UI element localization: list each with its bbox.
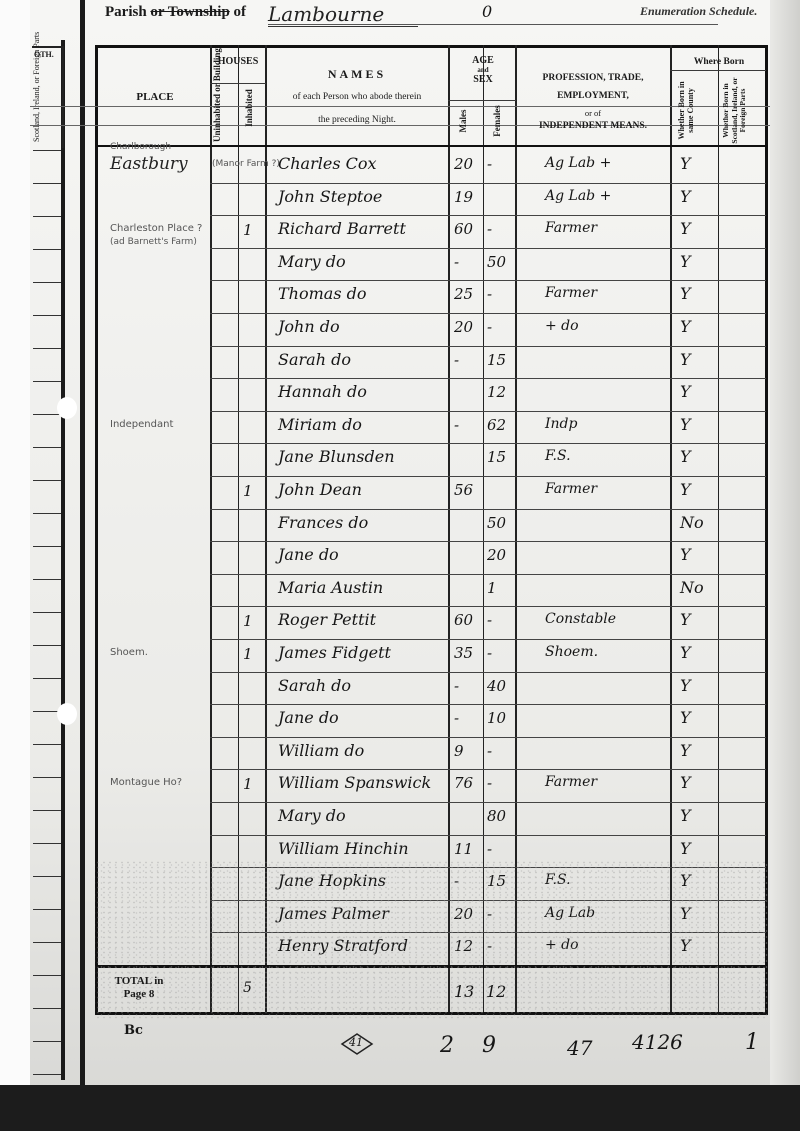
header-profession-3: or of [517,108,669,118]
profession-cell: Constable [545,611,616,627]
name-cell: Jane Blunsden [278,447,395,466]
name-cell: James Fidgett [278,643,391,662]
profession-cell: Farmer [545,220,597,236]
born-county-cell: Y [680,447,691,466]
tally-1: 2 [440,1033,454,1058]
born-county-cell: Y [680,252,691,271]
punch-hole [57,703,77,725]
top-mark: 0 [482,2,492,21]
header-place: PLACE [100,92,210,104]
footer-mark: Bc [124,1023,143,1038]
prev-row-rule [33,1008,61,1009]
born-county-cell: Y [680,839,691,858]
parish-prefix: Parish [105,4,150,20]
prev-row-rule [33,1041,61,1042]
profession-cell: Ag Lab + [545,188,611,204]
born-county-cell: Y [680,643,691,662]
header-profession-2: EMPLOYMENT, [517,92,669,102]
scan-noise [95,860,768,1020]
females-cell: 15 [487,351,506,369]
name-cell: Thomas do [278,284,367,303]
females-cell: 40 [487,677,506,695]
males-cell: 60 [454,611,473,629]
table-row: Charleston Place ?(ad Barnett's Farm)1Ri… [0,215,800,248]
name-cell: Mary do [278,806,346,825]
females-cell: 80 [487,807,506,825]
header-males: Males [458,99,468,143]
table-row: Shoem.1James Fidgett35-Shoem.Y [0,639,800,672]
table-row: John do20-+ doY [0,313,800,346]
table-row: Maria Austin1No [0,574,800,607]
born-county-cell: Y [680,382,691,401]
profession-cell: Farmer [545,285,597,301]
table-row: Jane do20Y [0,541,800,574]
place-cell: Shoem. [110,647,148,658]
profession-cell: Shoem. [545,644,598,660]
inhabited-cell: 1 [243,612,253,630]
header-same-county: Whether Born in same County [677,73,695,148]
males-cell: - [454,677,459,695]
born-county-cell: Y [680,187,691,206]
table-row: IndependantMiriam do-62IndpY [0,411,800,444]
females-cell: 15 [487,448,506,466]
born-county-cell: Y [680,219,691,238]
males-cell: - [454,416,459,434]
place-note: (ad Barnett's Farm) [110,237,197,247]
table-row: William do9-Y [0,737,800,770]
table-row: Hannah do12Y [0,378,800,411]
punch-hole [57,397,77,419]
tally-5: 1 [745,1030,759,1055]
parish-struck: or Township [150,4,229,20]
name-cell: Sarah do [278,676,351,695]
header-scotland: Whether Born in Scotland, Ireland, or Fo… [722,73,748,148]
total-males: 13 [454,982,474,1001]
profession-cell: Farmer [545,774,597,790]
table-row: Sarah do-40Y [0,672,800,705]
born-county-cell: Y [680,545,691,564]
born-county-cell: Y [680,154,691,173]
females-cell: - [487,220,492,238]
inhabited-cell: 1 [243,482,253,500]
profession-cell: Ag Lab + [545,155,611,171]
born-county-cell: Y [680,284,691,303]
total-label-line1: TOTAL in [104,975,174,988]
table-row: Mary do-50Y [0,248,800,281]
males-cell: 25 [454,285,473,303]
name-cell: Charles Cox [278,154,377,173]
name-cell: John Steptoe [278,187,382,206]
born-county-cell: Y [680,773,691,792]
place-cell: Independant [110,419,173,430]
table-row: Montague Ho?1William Spanswick76-FarmerY [0,769,800,802]
table-row: 1Roger Pettit60-ConstableY [0,606,800,639]
females-cell: - [487,742,492,760]
females-cell: 1 [487,579,497,597]
born-county-cell: Y [680,415,691,434]
males-cell: 19 [454,188,473,206]
place-cell: Charleston Place ? [110,223,202,234]
tally-4: 4126 [632,1030,683,1054]
parish-label: Parish or Township of [105,4,246,21]
header-profession-1: PROFESSION, TRADE, [517,74,669,84]
females-cell: 50 [487,253,506,271]
females-cell: - [487,611,492,629]
header-age: AGE [450,56,516,67]
header-names: NAMES [266,68,448,81]
males-cell: 60 [454,220,473,238]
table-row: Thomas do25-FarmerY [0,280,800,313]
born-county-cell: Y [680,480,691,499]
males-cell: 11 [454,840,473,858]
born-county-cell: Y [680,806,691,825]
name-cell: John Dean [278,480,362,499]
header-bottom-rule [95,145,768,147]
header-inhabited: Inhabited [244,74,254,142]
born-county-cell: No [680,513,704,532]
total-inhabited: 5 [243,980,252,996]
table-row: Jane Blunsden15F.S.Y [0,443,800,476]
males-cell: 20 [454,318,473,336]
males-cell: 20 [454,155,473,173]
females-cell: 50 [487,514,506,532]
males-cell: 9 [454,742,464,760]
table-row: (Manor Farm ?)John Steptoe19Ag Lab +Y [0,183,800,216]
born-county-cell: Y [680,317,691,336]
name-cell: Miriam do [278,415,362,434]
tally-3: 47 [567,1036,592,1060]
tally-2: 9 [482,1033,496,1058]
name-cell: William do [278,741,364,760]
females-cell: - [487,285,492,303]
prev-page-header: OTH. Scotland, Ireland, or Foreign Parts [32,46,64,148]
name-cell: Roger Pettit [278,610,376,629]
name-cell: William Hinchin [278,839,409,858]
header-where-born: Where Born [673,58,765,68]
header-divider [670,70,766,71]
prev-row-rule [33,975,61,976]
inhabited-cell: 1 [243,221,253,239]
total-label-line2: Page 8 [104,988,174,1001]
females-cell: 12 [487,383,506,401]
paper-rule [30,106,770,107]
table-row: 1John Dean56FarmerY [0,476,800,509]
parish-underline [268,24,718,25]
females-cell: - [487,318,492,336]
schedule-title: Enumeration Schedule. [640,4,757,19]
profession-cell: + do [545,318,579,334]
born-county-cell: Y [680,741,691,760]
name-cell: Richard Barrett [278,219,406,238]
name-cell: Jane do [278,708,339,727]
born-county-cell: Y [680,676,691,695]
name-cell: Frances do [278,513,368,532]
header-names-sub1: of each Person who abode therein [266,92,448,102]
females-cell: - [487,155,492,173]
males-cell: 76 [454,774,473,792]
table-row: Frances do50No [0,509,800,542]
males-cell: 56 [454,481,473,499]
females-cell: 10 [487,709,506,727]
header-uninhabited: Uninhabited or Building [212,74,222,142]
table-row: EastburyCharlboroughCharles Cox20-Ag Lab… [0,150,800,183]
total-label: TOTAL in Page 8 [104,975,174,1001]
stamp-number: 41 [349,1036,363,1049]
profession-cell: F.S. [545,448,571,464]
header-names-sub2: the preceding Night. [266,115,448,125]
name-cell: Mary do [278,252,346,271]
table-row: Sarah do-15Y [0,346,800,379]
header-sex: SEX [450,75,516,86]
born-county-cell: Y [680,350,691,369]
profession-cell: Indp [545,416,577,432]
males-cell: - [454,351,459,369]
total-females: 12 [486,982,506,1001]
name-cell: Jane do [278,545,339,564]
place-cell: Montague Ho? [110,777,182,788]
parish-suffix: of [230,4,246,20]
place-note: (Manor Farm ?) [212,159,280,169]
females-cell: 62 [487,416,506,434]
males-cell: 35 [454,644,473,662]
born-county-cell: No [680,578,704,597]
born-county-cell: Y [680,708,691,727]
males-cell: - [454,253,459,271]
name-cell: William Spanswick [278,773,431,792]
females-cell: - [487,774,492,792]
header-profession-4: INDEPENDENT MEANS. [517,122,669,132]
place-cell: Eastbury [110,154,188,174]
name-cell: John do [278,317,340,336]
females-cell: - [487,644,492,662]
table-row: Mary do80Y [0,802,800,835]
inhabited-cell: 1 [243,645,253,663]
table-row: Jane do-10Y [0,704,800,737]
prev-header-column: Scotland, Ireland, or Foreign Parts [32,62,41,142]
name-cell: Maria Austin [278,578,383,597]
profession-cell: Farmer [545,481,597,497]
females-cell: 20 [487,546,506,564]
place-note: Charlborough [110,142,171,152]
inhabited-cell: 1 [243,775,253,793]
males-cell: - [454,709,459,727]
born-county-cell: Y [680,610,691,629]
name-cell: Sarah do [278,350,351,369]
scan-bottom-edge [0,1085,800,1131]
name-cell: Hannah do [278,382,367,401]
prev-row-rule [33,1074,61,1075]
females-cell: - [487,840,492,858]
header-females: Females [492,99,502,143]
